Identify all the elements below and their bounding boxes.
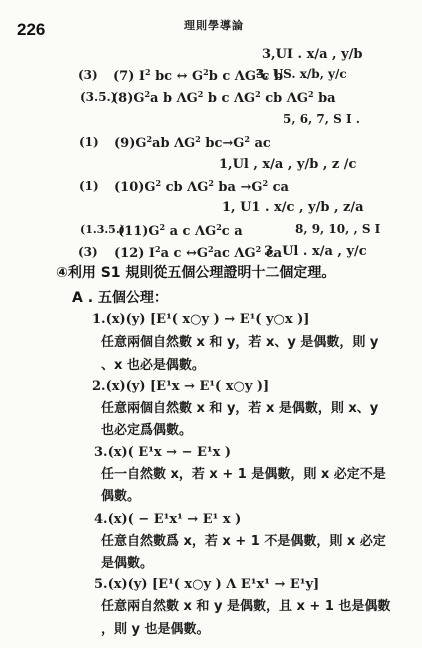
- axiom-3-description-line-1: 任一自然數 x，若 x + 1 是偶數，則 x 必定不是: [101, 468, 386, 481]
- axiom-3-formula: 3.(x)( E¹x → − E¹x ): [94, 446, 231, 459]
- formula-step-12: (12) I2a c ↔G2ac ΛG2 ca: [114, 245, 282, 260]
- justification-line-1: 3,UI . x/a , y/b: [262, 48, 362, 61]
- justification-step-11: 8, 9, 10, , S I: [295, 223, 380, 235]
- axiom-2-description-line-1: 任意兩個自然數 x 和 y，若 x 是偶數，則 x、y: [101, 402, 378, 415]
- axiom-1-description-line-1: 任意兩個自然數 x 和 y，若 x、y 是偶數，則 y: [101, 336, 378, 349]
- axiom-4-description-line-1: 任意自然數爲 x，若 x + 1 不是偶數，則 x 必定: [101, 535, 386, 548]
- axiom-3-description-line-2: 偶數。: [101, 490, 140, 503]
- axiom-2-formula: 2.(x)(y) [E¹x → E¹( x○y )]: [92, 380, 269, 393]
- axiom-1-formula: 1.(x)(y) [E¹( x○y ) → E¹( y○x )]: [92, 313, 309, 326]
- axiom-5-formula: 5.(x)(y) [E¹( x○y ) Λ E¹x¹ → E¹y]: [94, 578, 319, 591]
- running-header-title: 理則學導論: [184, 20, 244, 31]
- formula-step-8: (8)G2a b ΛG2 b c ΛG2 cb ΛG2 ba: [112, 90, 336, 105]
- book-page: 226 理則學導論 3,UI . x/a , y/b (3) (7) I2 bc…: [0, 0, 422, 648]
- formula-step-10: (10)G2 cb ΛG2 ba →G2 ca: [114, 179, 289, 194]
- axiom-2-description-line-2: 也必定爲偶數。: [101, 424, 192, 437]
- premise-ref-8: (3.5.): [80, 91, 116, 103]
- axiom-5-description-line-2: ，則 y 也是偶數。: [101, 623, 210, 636]
- page-number: 226: [17, 21, 45, 38]
- premise-ref-9: (1): [79, 136, 99, 148]
- justification-line-4: 5, 6, 7, S I .: [283, 113, 360, 125]
- justification-line-6: 1,Ul , x/a , y/b , z /c: [219, 158, 356, 171]
- justification-step-12: 3, Ul . x/a , y/c: [264, 245, 367, 258]
- section-heading: ④利用 S1 規則從五個公理證明十二個定理。: [56, 266, 335, 280]
- axiom-4-description-line-2: 是偶數。: [101, 557, 153, 570]
- axiom-1-description-line-2: 、x 也必是偶數。: [101, 359, 205, 372]
- axiom-4-formula: 4.(x)( − E¹x¹ → E¹ x ): [94, 513, 241, 526]
- axiom-5-description-line-1: 任意兩自然數 x 和 y 是偶數，且 x + 1 也是偶數: [101, 600, 390, 613]
- formula-step-11: (11)G2 a c ΛG2c a: [118, 223, 243, 238]
- premise-ref-7: (3): [78, 69, 98, 81]
- justification-line-8: 1, U1 . x/c , y/b , z/a: [222, 201, 364, 214]
- section-subheading: A . 五個公理：: [72, 291, 168, 305]
- premise-ref-10: (1): [79, 180, 99, 192]
- formula-step-9: (9)G2ab ΛG2 bc→G2 ac: [114, 135, 271, 150]
- justification-step-7: 3, US. x/b, y/c: [256, 68, 347, 80]
- premise-ref-12: (3): [78, 246, 98, 258]
